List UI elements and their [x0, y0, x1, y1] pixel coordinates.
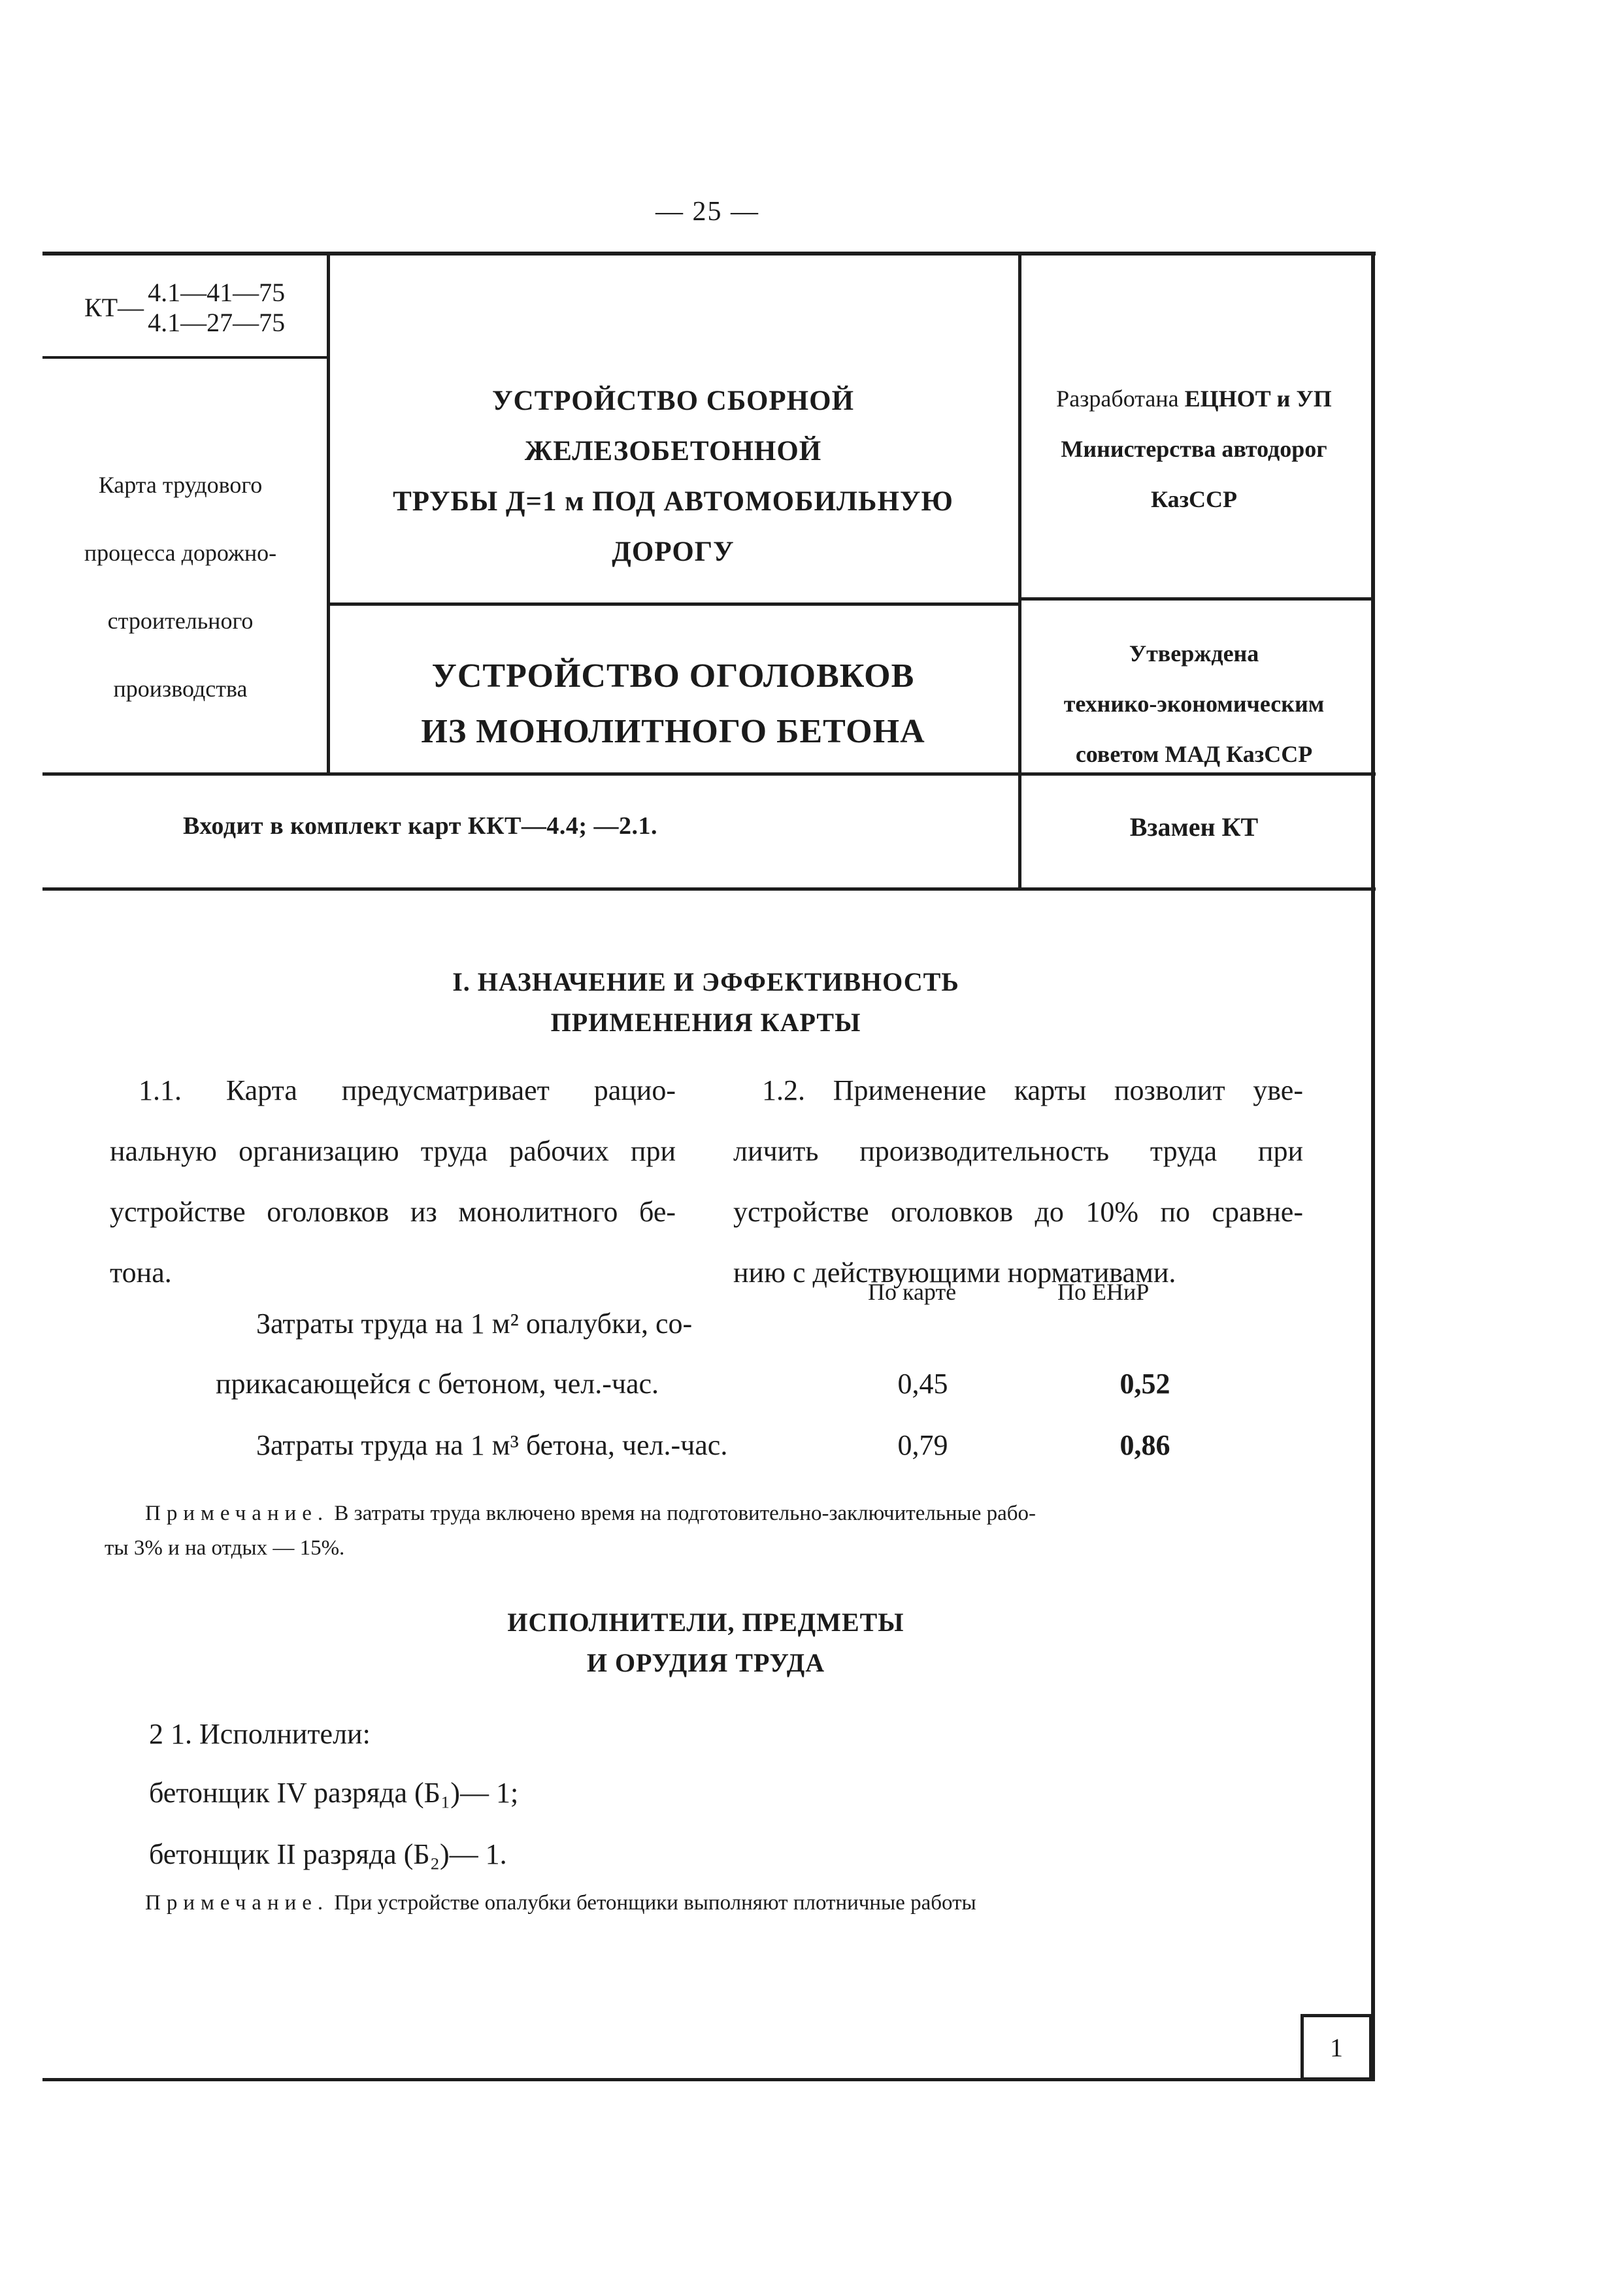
- developed-by-prefix: Разработана: [1056, 386, 1184, 412]
- table-row1-label-line2: прикасающейся с бетоном, чел.-час.: [216, 1367, 659, 1400]
- executor-concreter-iv: бетонщик IV разряда (Б₁)— 1;: [149, 1776, 518, 1809]
- approved-by: Утверждена технико-экономическим советом…: [1023, 629, 1365, 780]
- included-in-set: Входит в комплект карт ККТ—4.4; —2.1.: [183, 812, 657, 840]
- note-text: При устройстве опалубки бетонщики выполн…: [334, 1891, 976, 1915]
- card-code-number-top: 4.1—41—75: [148, 278, 285, 308]
- page-number: — 25 —: [0, 196, 1415, 227]
- col2-internal-divider: [328, 602, 1020, 606]
- table-row2-value-enir: 0,86: [1106, 1428, 1184, 1462]
- developed-by-org: ЕЦНОТ и УП: [1185, 386, 1332, 412]
- table-row2-label: Затраты труда на 1 м³ бетона, чел.-час.: [256, 1428, 727, 1462]
- card-code-prefix: КТ—: [84, 292, 144, 323]
- note-labour-costs: Примечание. В затраты труда включено вре…: [105, 1496, 1366, 1566]
- card-code-number-bottom: 4.1—27—75: [148, 308, 285, 338]
- table-row1-value-karta: 0,45: [884, 1367, 962, 1400]
- process-title-main: УСТРОЙСТВО СБОРНОЙ ЖЕЛЕЗОБЕТОННОЙ ТРУБЫ …: [340, 376, 1006, 577]
- page-right-border: [1371, 252, 1375, 2081]
- note-label: Примечание.: [145, 1891, 329, 1915]
- section2-heading: ИСПОЛНИТЕЛИ, ПРЕДМЕТЫ И ОРУДИЯ ТРУДА: [196, 1602, 1216, 1683]
- column-header-po-enir: По ЕНиР: [1057, 1278, 1149, 1306]
- card-code: КТ— 4.1—41—75 4.1—27—75: [42, 260, 327, 355]
- paragraph-1-1: 1.1. Карта предусматривает рацио- нальну…: [110, 1060, 676, 1303]
- col3-internal-divider: [1020, 597, 1374, 601]
- sheet-number-box: 1: [1301, 2014, 1372, 2081]
- item-2-1-executors: 2 1. Исполнители:: [149, 1717, 371, 1751]
- note-text-line2: ты 3% и на отдых — 15%.: [105, 1531, 1366, 1566]
- process-title-sub: УСТРОЙСТВО ОГОЛОВКОВ ИЗ МОНОЛИТНОГО БЕТО…: [340, 648, 1006, 759]
- page-bottom-rule: [42, 2078, 1374, 2081]
- paragraph-1-2: 1.2. Применение карты позволит уве- личи…: [733, 1060, 1303, 1303]
- note-formwork: Примечание. При устройстве опалубки бето…: [105, 1886, 1366, 1921]
- table-row1-label-line1: Затраты труда на 1 м² опалубки, со-: [256, 1307, 692, 1340]
- scanned-document-page: — 25 — КТ— 4.1—41—75 4.1—27—75 Карта тру…: [0, 0, 1624, 2293]
- table-vertical-1: [327, 252, 330, 774]
- card-type-label: Карта трудового процесса дорожно- строит…: [52, 451, 308, 723]
- developed-by: Разработана ЕЦНОТ и УП Министерства авто…: [1023, 374, 1365, 525]
- table-border-bottom: [42, 887, 1376, 891]
- column-header-po-karte: По карте: [868, 1278, 956, 1306]
- sheet-number: 1: [1330, 2032, 1343, 2063]
- section1-heading: I. НАЗНАЧЕНИЕ И ЭФФЕКТИВНОСТЬ ПРИМЕНЕНИЯ…: [196, 962, 1216, 1043]
- note-label: Примечание.: [145, 1502, 329, 1525]
- replaces-card: Взамен КТ: [1023, 812, 1365, 842]
- note-text-line1: В затраты труда включено время на подгот…: [334, 1502, 1036, 1525]
- table-vertical-2: [1018, 252, 1021, 891]
- executor-concreter-ii: бетонщик II разряда (Б₂)— 1.: [149, 1838, 507, 1871]
- col1-internal-divider: [42, 356, 328, 359]
- table-row2-value-karta: 0,79: [884, 1428, 962, 1462]
- table-row1-value-enir: 0,52: [1106, 1367, 1184, 1400]
- table-border-top: [42, 252, 1376, 256]
